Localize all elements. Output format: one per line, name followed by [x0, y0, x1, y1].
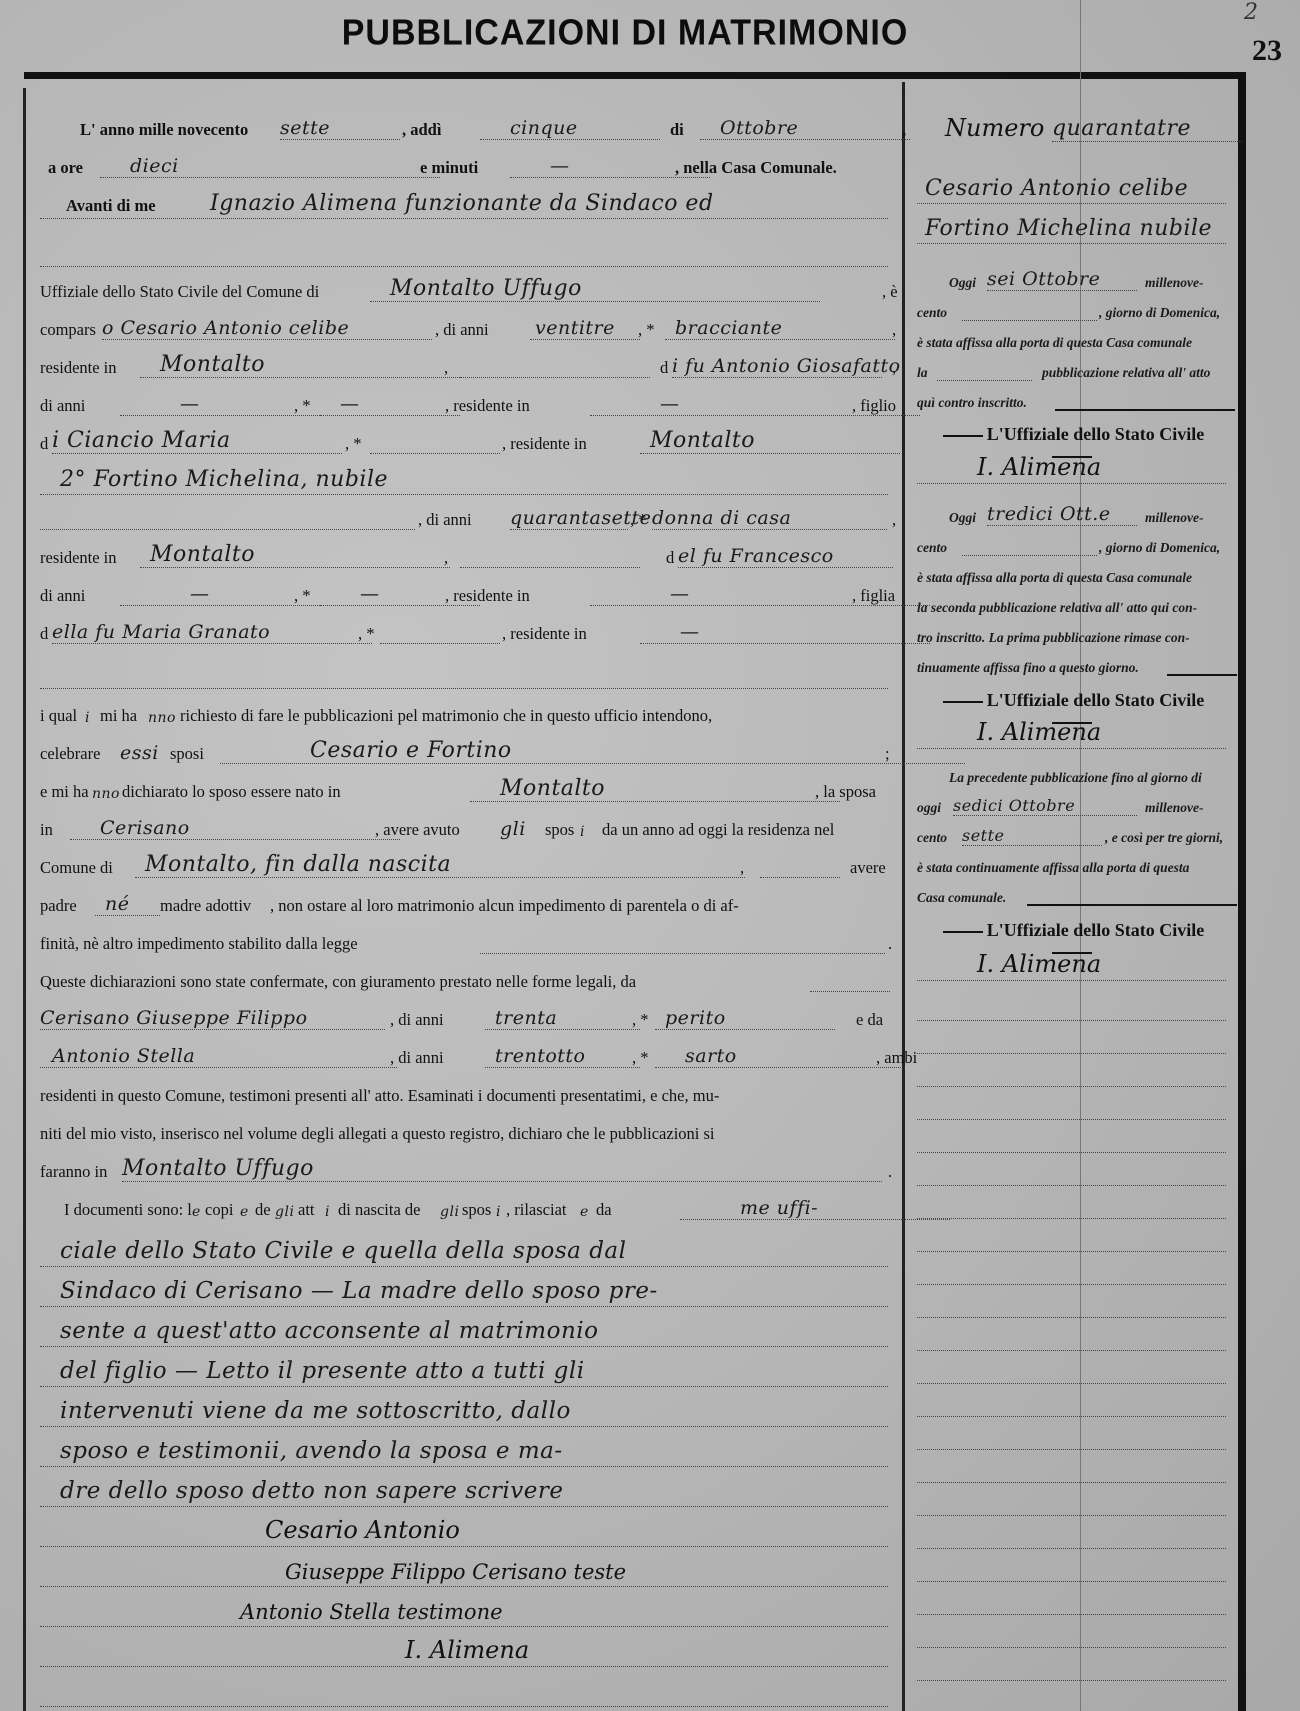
- officer-signature: I. Alimena: [977, 950, 1101, 978]
- line-bride-father-details: di anni — , * — , residente in — , figli…: [40, 582, 888, 608]
- ruled-line: [917, 1621, 1226, 1648]
- text: niti del mio visto, inserisco nel volume…: [40, 1124, 715, 1144]
- punct: ,: [892, 320, 896, 340]
- bride-birthplace: Cerisano: [70, 817, 400, 840]
- ruled-line: [917, 1456, 1226, 1483]
- text: , e così per tre giorni,: [1105, 830, 1223, 846]
- label-d: d: [660, 358, 668, 378]
- text: e mi ha: [40, 782, 89, 802]
- text: Comune di: [40, 858, 113, 878]
- first-pub-line: cento , giorno di Domenica,: [917, 297, 1226, 323]
- line-groom-mother: d i Ciancio Maria , * , residente in Mon…: [40, 430, 888, 456]
- line-blank: [40, 662, 888, 689]
- note-line: dre dello sposo detto non sapere scriver…: [40, 1480, 888, 1507]
- officer-heading-text: L'Uffiziale dello Stato Civile: [987, 690, 1204, 710]
- record-number-value: quarantatre: [1052, 116, 1242, 142]
- publication-place: Montalto Uffugo: [122, 1156, 882, 1182]
- line-date: L' anno mille novecento sette , addì cin…: [40, 116, 888, 142]
- note-line: sposo e testimonii, avendo la sposa e ma…: [40, 1440, 888, 1467]
- first-pub-date-value: sei Ottobre: [987, 268, 1137, 291]
- line-witness-1: Cerisano Giuseppe Filippo , di anni tren…: [40, 1006, 888, 1032]
- line-time: a ore dieci e minuti — , nella Casa Comu…: [40, 154, 888, 180]
- groom-name: o Cesario Antonio celibe: [102, 317, 432, 340]
- blank-field: [810, 973, 890, 992]
- text: è stata affissa alla porta di questa Cas…: [917, 335, 1192, 351]
- text: residenti in questo Comune, testimoni pr…: [40, 1086, 719, 1106]
- line-residents: residenti in questo Comune, testimoni pr…: [40, 1082, 888, 1108]
- text: , giorno di Domenica,: [1099, 305, 1220, 321]
- text: la seconda pubblicazione relativa all' a…: [917, 600, 1197, 616]
- punct: , *: [345, 434, 362, 454]
- register-page: 2 PUBBLICAZIONI DI MATRIMONIO 23 L' anno…: [0, 0, 1300, 1711]
- line-father-details: di anni — , * — , residente in — , figli…: [40, 392, 888, 418]
- punct: .: [888, 934, 892, 954]
- handwritten-suffix: gli: [440, 1204, 459, 1220]
- signature-witness-2: Antonio Stella testimone: [240, 1600, 503, 1624]
- label-year: L' anno mille novecento: [80, 120, 248, 140]
- line-comune: Uffiziale dello Stato Civile del Comune …: [40, 278, 888, 304]
- text: avere: [850, 858, 886, 878]
- first-pub-line: la pubblicazione relativa all' atto: [917, 357, 1226, 383]
- line-residence-comune: Comune di Montalto, fin dalla nascita , …: [40, 854, 888, 880]
- punct: ,: [740, 858, 744, 878]
- frame-top-border: [24, 72, 1246, 79]
- signature-line: Antonio Stella testimone: [40, 1600, 888, 1627]
- ruled-line: [917, 1027, 1226, 1054]
- handwritten-suffix: i: [325, 1204, 330, 1220]
- text: finità, nè altro impedimento stabilito d…: [40, 934, 358, 954]
- label-age: , di anni: [390, 1010, 444, 1030]
- signature-officer: I. Alimena: [405, 1636, 529, 1664]
- label-residente: , residente in: [445, 586, 530, 606]
- second-pub-line: cento , giorno di Domenica,: [917, 532, 1226, 558]
- witness-1-name: Cerisano Giuseppe Filippo: [40, 1007, 385, 1030]
- rule: [1027, 904, 1237, 906]
- text: millenove-: [1145, 800, 1203, 816]
- witness-2-job: sarto: [655, 1045, 905, 1068]
- text: quì contro inscritto.: [917, 395, 1027, 411]
- text: La precedente pubblicazione fino al gior…: [949, 770, 1202, 786]
- text: madre adottiv: [160, 896, 251, 916]
- text: Queste dichiarazioni sono state conferma…: [40, 972, 636, 992]
- party-line: Fortino Michelina nubile: [917, 217, 1226, 244]
- ruled-line: [917, 1225, 1226, 1252]
- label-age: di anni: [40, 396, 85, 416]
- year-value: sette: [280, 117, 400, 140]
- mother-residence: Montalto: [640, 428, 900, 454]
- punct: , *: [638, 320, 655, 340]
- text: di nascita de: [338, 1200, 420, 1220]
- blank-field: [480, 935, 885, 954]
- text: pubblicazione relativa all' atto: [1042, 365, 1210, 381]
- ruled-line: [917, 1159, 1226, 1186]
- publication-act: L' anno mille novecento sette , addì cin…: [26, 82, 902, 1711]
- officer-signature: I. Alimena: [977, 718, 1101, 746]
- text: è stata continuamente affissa alla porta…: [917, 860, 1189, 876]
- label-d: d: [40, 624, 48, 644]
- blank-field: [937, 362, 1032, 381]
- witness-2-name: Antonio Stella: [40, 1045, 397, 1068]
- label-day: , addì: [402, 120, 441, 140]
- line-impediments: padre né madre adottiv , non ostare al l…: [40, 892, 888, 918]
- line-publication-place: faranno in Montalto Uffugo .: [40, 1158, 888, 1184]
- ruled-line: [917, 1324, 1226, 1351]
- label-age: di anni: [40, 586, 85, 606]
- handwritten-suffix: gli: [275, 1204, 294, 1220]
- text: millenove-: [1145, 275, 1203, 291]
- handwritten-suffix: i: [85, 710, 90, 726]
- text: da un anno ad oggi la residenza nel: [602, 820, 834, 840]
- third-pub-line: è stata continuamente affissa alla porta…: [917, 852, 1226, 878]
- second-pub-date: Oggi tredici Ott.e millenove-: [917, 502, 1226, 528]
- label-comune: Uffiziale dello Stato Civile del Comune …: [40, 282, 319, 302]
- groom-job: bracciante: [665, 317, 895, 340]
- line-blank: [40, 240, 888, 267]
- ruled-line: [917, 1291, 1226, 1318]
- line-bride-residence: residente in Montalto , d el fu Francesc…: [40, 544, 888, 570]
- page-title: PUBBLICAZIONI DI MATRIMONIO: [0, 13, 1250, 54]
- line-groom: compars o Cesario Antonio celibe , di an…: [40, 316, 888, 342]
- text: padre: [40, 896, 77, 916]
- blank-field: [370, 435, 500, 454]
- text: I documenti sono: l: [64, 1200, 192, 1220]
- second-pub-line: tinuamente affissa fino a questo giorno.: [917, 652, 1226, 678]
- text: spos: [545, 820, 574, 840]
- text: da: [596, 1200, 612, 1220]
- signature-line: I. Alimena: [40, 1640, 888, 1667]
- groom-residence: Montalto: [140, 352, 460, 378]
- label-oggi: Oggi: [949, 510, 976, 526]
- handwritten-word: gli: [500, 818, 526, 840]
- punct: , *: [632, 1048, 649, 1068]
- text: de: [255, 1200, 271, 1220]
- ruled-line: [917, 1126, 1226, 1153]
- frame-right-border: [1238, 72, 1246, 1711]
- punct: ,: [892, 358, 896, 378]
- officer-name: Ignazio Alimena funzionante da Sindaco e…: [210, 191, 714, 216]
- text: spos: [462, 1200, 491, 1220]
- party-groom: Cesario Antonio celibe: [925, 176, 1188, 201]
- handwritten-suffix: nno: [92, 786, 120, 802]
- signature-line: Giuseppe Filippo Cerisano teste: [40, 1560, 888, 1587]
- ruled-line: [917, 1489, 1226, 1516]
- blank-field: [962, 537, 1097, 556]
- rule: [1055, 409, 1235, 411]
- third-pub-line: cento sette , e così per tre giorni,: [917, 822, 1226, 848]
- line-bride: 2° Fortino Michelina, nubile: [40, 468, 888, 495]
- father-age: —: [120, 393, 350, 416]
- text: cento: [917, 830, 947, 846]
- note-line: sente a quest'atto acconsente al matrimo…: [40, 1320, 888, 1347]
- text: la: [917, 365, 928, 381]
- punct: , *: [630, 510, 647, 530]
- label-oggi: Oggi: [949, 275, 976, 291]
- line-officer: Avanti di me Ignazio Alimena funzionante…: [40, 192, 888, 219]
- groom-birthplace: Montalto: [470, 776, 840, 802]
- text: sposi: [170, 744, 204, 764]
- first-pub-line: è stata affissa alla porta di questa Cas…: [917, 327, 1226, 353]
- line-witness-2: Antonio Stella , di anni trentotto , * s…: [40, 1044, 888, 1070]
- third-pub-line: Casa comunale.: [917, 882, 1226, 908]
- line-visa: niti del mio visto, inserisco nel volume…: [40, 1120, 888, 1146]
- ruled-line: [917, 1060, 1226, 1087]
- blank-field: [380, 625, 500, 644]
- handwritten-suffix: e: [192, 1204, 201, 1220]
- text: celebrare: [40, 744, 100, 764]
- line-bride-mother: d ella fu Maria Granato , * , residente …: [40, 620, 888, 646]
- note-text: intervenuti viene da me sottoscritto, da…: [60, 1398, 571, 1424]
- officer-signature-line: I. Alimena: [917, 954, 1226, 981]
- first-pub-line: quì contro inscritto.: [917, 387, 1226, 413]
- text: richiesto di fare le pubblicazioni pel m…: [180, 706, 712, 726]
- ruled-line: [917, 1423, 1226, 1450]
- father-job: —: [320, 393, 460, 416]
- label-residente: , residente in: [502, 624, 587, 644]
- text: Casa comunale.: [917, 890, 1006, 906]
- officer-signature-line: I. Alimena: [917, 722, 1226, 749]
- ruled-line: [917, 1522, 1226, 1549]
- label-figlia: , figlia: [852, 586, 895, 606]
- label-age: , di anni: [418, 510, 472, 530]
- bride-mother: ella fu Maria Granato: [52, 621, 372, 644]
- text: copi: [205, 1200, 233, 1220]
- record-number: Numero quarantatre: [917, 118, 1226, 144]
- line-documents: I documenti sono: l e copi e de gli att …: [40, 1196, 888, 1222]
- signature-line: [40, 1680, 888, 1707]
- second-pub-date-value: tredici Ott.e: [987, 503, 1137, 526]
- text: , non ostare al loro matrimonio alcun im…: [270, 896, 739, 916]
- text: tinuamente affissa fino a questo giorno.: [917, 660, 1139, 676]
- handwritten-suffix: e: [580, 1204, 589, 1220]
- label-figlio: , figlio: [852, 396, 896, 416]
- text: , avere avuto: [375, 820, 460, 840]
- handwritten-suffix: nno: [148, 710, 176, 726]
- line-celebrate: celebrare essi sposi Cesario e Fortino ;: [40, 740, 888, 766]
- bride-residence: Montalto: [140, 542, 450, 568]
- ruled-line: [917, 1687, 1226, 1711]
- punct: , *: [294, 586, 311, 606]
- officer-signature-line: I. Alimena: [917, 457, 1226, 484]
- note-line: intervenuti viene da me sottoscritto, da…: [40, 1400, 888, 1427]
- line-groom-residence: residente in Montalto , d i fu Antonio G…: [40, 354, 888, 380]
- note-line: del figlio — Letto il presente atto a tu…: [40, 1360, 888, 1387]
- third-pub-date: oggi sedici Ottobre millenove-: [917, 792, 1226, 818]
- text: e da: [856, 1010, 883, 1030]
- line-law: finità, nè altro impedimento stabilito d…: [40, 930, 888, 956]
- witness-1-age: trenta: [485, 1007, 640, 1030]
- party-line: Cesario Antonio celibe: [917, 177, 1226, 204]
- punct: ,: [892, 510, 896, 530]
- bride-father: el fu Francesco: [678, 545, 893, 568]
- groom-age: ventitre: [530, 317, 640, 340]
- handwritten-suffix: i: [580, 824, 585, 840]
- note-line: ciale dello Stato Civile e quella della …: [40, 1240, 888, 1267]
- handwritten-suffix: e: [240, 1204, 249, 1220]
- blank-field: [40, 511, 415, 530]
- text: in: [40, 820, 53, 840]
- text: mi ha: [100, 706, 137, 726]
- punct: ,: [444, 548, 448, 568]
- text: , giorno di Domenica,: [1099, 540, 1220, 556]
- ruled-line: [917, 1654, 1226, 1681]
- officer-heading-text: L'Uffiziale dello Stato Civile: [987, 920, 1204, 940]
- label-age: , di anni: [390, 1048, 444, 1068]
- witness-1-job: perito: [655, 1007, 835, 1030]
- ruled-line: [917, 1390, 1226, 1417]
- third-pub-year-value: sette: [962, 826, 1102, 846]
- label-minutes: e minuti: [420, 158, 478, 178]
- first-pub-date: Oggi sei Ottobre millenove-: [917, 267, 1226, 293]
- line-groom-birthplace: e mi ha nno dichiarato lo sposo essere n…: [40, 778, 888, 804]
- text: millenove-: [1145, 510, 1203, 526]
- rule: [1167, 674, 1237, 676]
- handwritten-word: né: [95, 893, 160, 916]
- bride-job: donna di casa: [652, 507, 887, 530]
- groom-mother: i Ciancio Maria: [52, 428, 342, 454]
- label-oggi: oggi: [917, 800, 941, 816]
- ruled-line: [917, 1258, 1226, 1285]
- note-line: Sindaco di Cerisano — La madre dello spo…: [40, 1280, 888, 1307]
- line-request: i qual i mi ha nno richiesto di fare le …: [40, 702, 888, 728]
- residence-comune: Montalto, fin dalla nascita: [135, 852, 745, 878]
- ruled-line: [917, 1192, 1226, 1219]
- handwritten-word: essi: [120, 742, 159, 764]
- label-d: d: [40, 434, 48, 454]
- note-text: sposo e testimonii, avendo la sposa e ma…: [60, 1438, 563, 1464]
- punct: , *: [294, 396, 311, 416]
- label-residente: , residente in: [445, 396, 530, 416]
- second-pub-line: la seconda pubblicazione relativa all' a…: [917, 592, 1226, 618]
- ruled-line: [917, 1555, 1226, 1582]
- groom-father: i fu Antonio Giosafatto: [672, 355, 882, 378]
- publication-record-sidebar: Numero quarantatre Cesario Antonio celib…: [905, 82, 1238, 1711]
- label-residente: residente in: [40, 548, 117, 568]
- text: tro inscritto. La prima pubblicazione ri…: [917, 630, 1190, 646]
- label-compars: compars: [40, 320, 96, 340]
- punct: ,: [444, 358, 448, 378]
- text: cento: [917, 305, 947, 321]
- signature-line: Cesario Antonio: [40, 1520, 888, 1547]
- day-value: cinque: [480, 117, 660, 140]
- second-pub-line: è stata affissa alla porta di questa Cas…: [917, 562, 1226, 588]
- text: cento: [917, 540, 947, 556]
- month-value: Ottobre: [700, 117, 910, 140]
- line-bride-age: , di anni quarantasette , * donna di cas…: [40, 506, 888, 532]
- officer-heading-text: L'Uffiziale dello Stato Civile: [987, 424, 1204, 444]
- label-numero: Numero: [945, 114, 1044, 142]
- text: , la sposa: [815, 782, 876, 802]
- text: dichiarato lo sposo essere nato in: [122, 782, 341, 802]
- label-month: di: [670, 120, 684, 140]
- label-d: d: [666, 548, 674, 568]
- officer-signature: I. Alimena: [977, 453, 1101, 481]
- note-text: ciale dello Stato Civile e quella della …: [60, 1238, 627, 1264]
- line-bride-birthplace: in Cerisano , avere avuto gli spos i da …: [40, 816, 888, 842]
- blank-field: [760, 859, 840, 878]
- hour-value: dieci: [100, 155, 440, 178]
- text: i qual: [40, 706, 77, 726]
- witness-2-age: trentotto: [485, 1045, 640, 1068]
- bride-age: quarantasette: [510, 507, 628, 530]
- ruled-line: [917, 994, 1226, 1021]
- handwritten-suffix: i: [496, 1204, 501, 1220]
- note-text: dre dello sposo detto non sapere scriver…: [60, 1478, 563, 1504]
- label-residente: residente in: [40, 358, 117, 378]
- text: è stata affissa alla porta di questa Cas…: [917, 570, 1192, 586]
- signature-groom: Cesario Antonio: [265, 1516, 460, 1544]
- label-age: , di anni: [435, 320, 489, 340]
- comune-value: Montalto Uffugo: [370, 276, 820, 302]
- label-avanti: Avanti di me: [66, 196, 156, 216]
- blank-field: [962, 302, 1097, 321]
- bride-name: 2° Fortino Michelina, nubile: [60, 467, 388, 492]
- text: att: [298, 1200, 315, 1220]
- blank-field: [460, 549, 640, 568]
- punct: ;: [885, 744, 890, 764]
- label-casa-comunale: , nella Casa Comunale.: [675, 158, 837, 178]
- third-pub-line: La precedente pubblicazione fino al gior…: [917, 762, 1226, 788]
- note-text: sente a quest'atto acconsente al matrimo…: [60, 1318, 598, 1344]
- third-pub-date-value: sedici Ottobre: [953, 796, 1137, 816]
- blank-field: [460, 359, 650, 378]
- note-text: del figlio — Letto il presente atto a tu…: [60, 1358, 585, 1384]
- ruled-line: [917, 1588, 1226, 1615]
- label-hour: a ore: [48, 158, 83, 178]
- punct: .: [888, 1162, 892, 1182]
- line-oath: Queste dichiarazioni sono state conferma…: [40, 968, 888, 994]
- signature-witness-1: Giuseppe Filippo Cerisano teste: [285, 1560, 626, 1584]
- party-bride: Fortino Michelina nubile: [925, 216, 1212, 241]
- text: , rilasciat: [506, 1200, 566, 1220]
- couple-names: Cesario e Fortino: [220, 738, 965, 764]
- second-pub-line: tro inscritto. La prima pubblicazione ri…: [917, 622, 1226, 648]
- text: faranno in: [40, 1162, 107, 1182]
- punct: , *: [632, 1010, 649, 1030]
- bride-mother-residence: —: [640, 621, 930, 644]
- punct: , è: [882, 282, 898, 302]
- label-residente: , residente in: [502, 434, 587, 454]
- punct: , *: [358, 624, 375, 644]
- ruled-line: [917, 1357, 1226, 1384]
- page-number: 23: [1252, 34, 1282, 68]
- note-text: Sindaco di Cerisano — La madre dello spo…: [60, 1278, 658, 1304]
- ruled-line: [917, 1093, 1226, 1120]
